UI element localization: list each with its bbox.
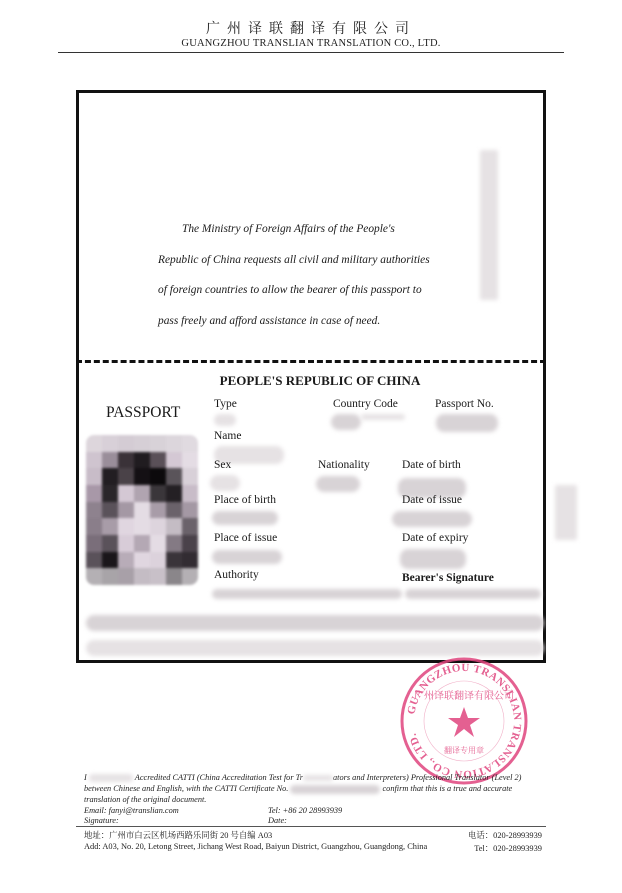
field-label-country-code: Country Code — [333, 398, 398, 410]
field-label-nationality: Nationality — [318, 459, 370, 471]
redacted-margin-mark — [555, 485, 577, 540]
redacted-mrz-line-1 — [86, 615, 544, 631]
contact-tel: Tel: +86 20 28993939 — [268, 806, 342, 815]
declaration-line: Republic of China requests all civil and… — [158, 245, 440, 276]
redacted-nationality-value — [316, 476, 360, 492]
passport-label: PASSPORT — [106, 404, 180, 422]
field-label-authority: Authority — [214, 569, 259, 581]
redacted-type-value — [214, 414, 236, 426]
redacted-date-of-issue — [392, 511, 472, 527]
declaration-line: of foreign countries to allow the bearer… — [158, 275, 440, 306]
redacted-translator-name — [89, 774, 133, 782]
redacted-certificate-number — [290, 785, 380, 794]
cert-text: confirm that this is a true and accurate — [383, 784, 513, 793]
address-english: Add: A03, No. 20, Letong Street, Jichang… — [84, 842, 427, 851]
country-title: PEOPLE'S REPUBLIC OF CHINA — [0, 373, 622, 389]
declaration-line: pass freely and afford assistance in cas… — [158, 306, 440, 337]
certification-line-1: I Accredited CATTI (China Accreditation … — [84, 773, 521, 782]
redacted-serial-number — [480, 150, 498, 300]
date-label: Date: — [268, 816, 287, 825]
stamp-inner-text: 广州译联翻译有限公司 — [414, 689, 514, 702]
company-name-english: GUANGZHOU TRANSLIAN TRANSLATION CO., LTD… — [0, 38, 622, 49]
field-label-type: Type — [214, 398, 237, 410]
phone-english: Tel：020-28993939 — [474, 842, 542, 854]
redacted-photo — [86, 435, 198, 585]
redacted-text — [303, 775, 333, 781]
redacted-place-of-birth — [212, 511, 278, 525]
field-label-bearers-signature: Bearer's Signature — [402, 572, 494, 584]
field-label-date-of-issue: Date of issue — [402, 494, 462, 506]
field-label-date-of-expiry: Date of expiry — [402, 532, 468, 544]
stamp-bottom-text: 翻译专用章 — [444, 745, 484, 755]
field-label-place-of-birth: Place of birth — [214, 494, 276, 506]
redacted-mrz-line-2 — [86, 640, 544, 656]
page-fold-dashed-line — [76, 360, 546, 363]
signature-label: Signature: — [84, 816, 119, 825]
redacted-authority — [212, 589, 402, 599]
contact-email: Email: fanyi@translian.com — [84, 806, 179, 815]
field-label-sex: Sex — [214, 459, 231, 471]
field-label-name: Name — [214, 430, 241, 442]
redacted-country-code-value — [361, 414, 405, 420]
redacted-country-code-value — [331, 414, 361, 430]
declaration-line: The Ministry of Foreign Affairs of the P… — [158, 214, 440, 245]
field-label-passport-no: Passport No. — [435, 398, 494, 410]
redacted-sex-value — [210, 475, 240, 491]
redacted-signature — [405, 589, 541, 599]
cert-text: between Chinese and English, with the CA… — [84, 784, 288, 793]
cert-text: I — [84, 773, 87, 782]
redacted-date-of-expiry — [400, 549, 466, 569]
cert-text: ators and Interpreters) Professional Tra… — [333, 773, 521, 782]
field-label-date-of-birth: Date of birth — [402, 459, 461, 471]
company-name-chinese: 广州译联翻译有限公司 — [0, 18, 622, 38]
redacted-passport-number — [436, 414, 498, 432]
cert-text: Accredited CATTI (China Accreditation Te… — [135, 773, 303, 782]
company-seal-stamp: GUANGZHOU TRANSLIAN TRANSLATION CO., LTD… — [398, 655, 530, 787]
redacted-place-of-issue — [212, 550, 282, 564]
address-chinese: 地址：广州市白云区机场西路乐同街 20 号自编 A03 — [84, 829, 272, 841]
star-icon — [448, 707, 480, 737]
field-label-place-of-issue: Place of issue — [214, 532, 277, 544]
footer-divider — [76, 826, 546, 827]
ministry-declaration: The Ministry of Foreign Affairs of the P… — [158, 214, 440, 336]
phone-chinese: 电话：020-28993939 — [468, 829, 542, 841]
certification-line-3: translation of the original document. — [84, 795, 206, 804]
header-divider — [58, 52, 564, 53]
certification-line-2: between Chinese and English, with the CA… — [84, 784, 512, 794]
